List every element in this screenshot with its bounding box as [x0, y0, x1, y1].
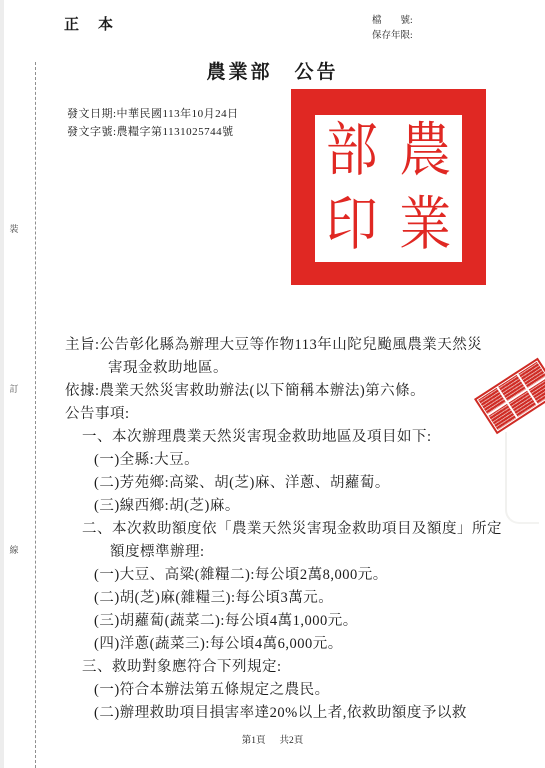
page-number: 第1頁 — [242, 732, 266, 746]
binding-mark-ding: 訂 — [7, 382, 21, 395]
document-title: 農業部 公告 — [0, 57, 545, 84]
subject-line-1: 主旨:公告彰化縣為辦理大豆等作物113年山陀兒颱風農業天然災 — [65, 334, 535, 357]
binding-mark-zhuang: 裝 — [7, 222, 21, 235]
file-number-label: 檔 號: — [372, 14, 413, 29]
item-1-line: 一、本次辦理農業天然災害現金救助地區及項目如下: — [82, 426, 535, 449]
ministry-seal-inner: 部 農 印 業 — [315, 115, 462, 262]
item-1-sub-3: (三)線西鄉:胡(芝)麻。 — [94, 495, 535, 518]
announcement-body: 主旨:公告彰化縣為辦理大豆等作物113年山陀兒颱風農業天然災 害現金救助地區。 … — [65, 334, 535, 725]
file-reference-block: 檔 號: 保存年限: — [372, 14, 413, 44]
item-2-sub-1: (一)大豆、高粱(雜糧二):每公頃2萬8,000元。 — [94, 564, 535, 587]
item-2-sub-4: (四)洋蔥(蔬菜三):每公頃4萬6,000元。 — [94, 633, 535, 656]
item-2-line-2: 額度標準辦理: — [110, 541, 535, 564]
legal-basis-line: 依據:農業天然災害救助辦法(以下簡稱本辦法)第六條。 — [65, 380, 535, 403]
binding-dashed-line — [35, 62, 36, 768]
issuance-meta-block: 發文日期:中華民國113年10月24日 發文字號:農糧字第1131025744號 — [67, 105, 239, 141]
item-3-sub-2: (二)辦理救助項目損害率達20%以上者,依救助額度予以救 — [94, 702, 535, 725]
page-edge-shadow — [0, 0, 4, 768]
binding-mark-xian: 線 — [7, 543, 21, 556]
retention-period-label: 保存年限: — [372, 29, 413, 44]
seal-char-ye: 業 — [389, 184, 463, 266]
page-total: 共2頁 — [280, 732, 304, 746]
item-3-line: 三、救助對象應符合下列規定: — [82, 656, 535, 679]
ministry-seal: 部 農 印 業 — [291, 89, 486, 285]
issuance-date-line: 發文日期:中華民國113年10月24日 — [67, 105, 239, 123]
subject-line-2: 害現金救助地區。 — [108, 357, 535, 380]
item-2-sub-2: (二)胡(芝)麻(雜糧三):每公頃3萬元。 — [94, 587, 535, 610]
item-1-sub-1: (一)全縣:大豆。 — [94, 449, 535, 472]
item-1-sub-2: (二)芳苑鄉:高粱、胡(芝)麻、洋蔥、胡蘿蔔。 — [94, 472, 535, 495]
document-page: 裝 訂 線 正 本 檔 號: 保存年限: 農業部 公告 發文日期:中華民國113… — [0, 0, 545, 768]
page-footer: 第1頁共2頁 — [0, 732, 545, 746]
seal-char-bu: 部 — [315, 111, 389, 193]
issuance-number-line: 發文字號:農糧字第1131025744號 — [67, 123, 239, 141]
item-2-sub-3: (三)胡蘿蔔(蔬菜二):每公頃4萬1,000元。 — [94, 610, 535, 633]
item-3-sub-1: (一)符合本辦法第五條規定之農民。 — [94, 679, 535, 702]
copy-type-label: 正 本 — [64, 13, 115, 34]
seal-char-yin: 印 — [315, 184, 389, 266]
item-2-line-1: 二、本次救助額度依「農業天然災害現金救助項目及額度」所定 — [82, 518, 535, 541]
announcement-items-header: 公告事項: — [65, 403, 535, 426]
seal-char-nong: 農 — [389, 111, 463, 193]
